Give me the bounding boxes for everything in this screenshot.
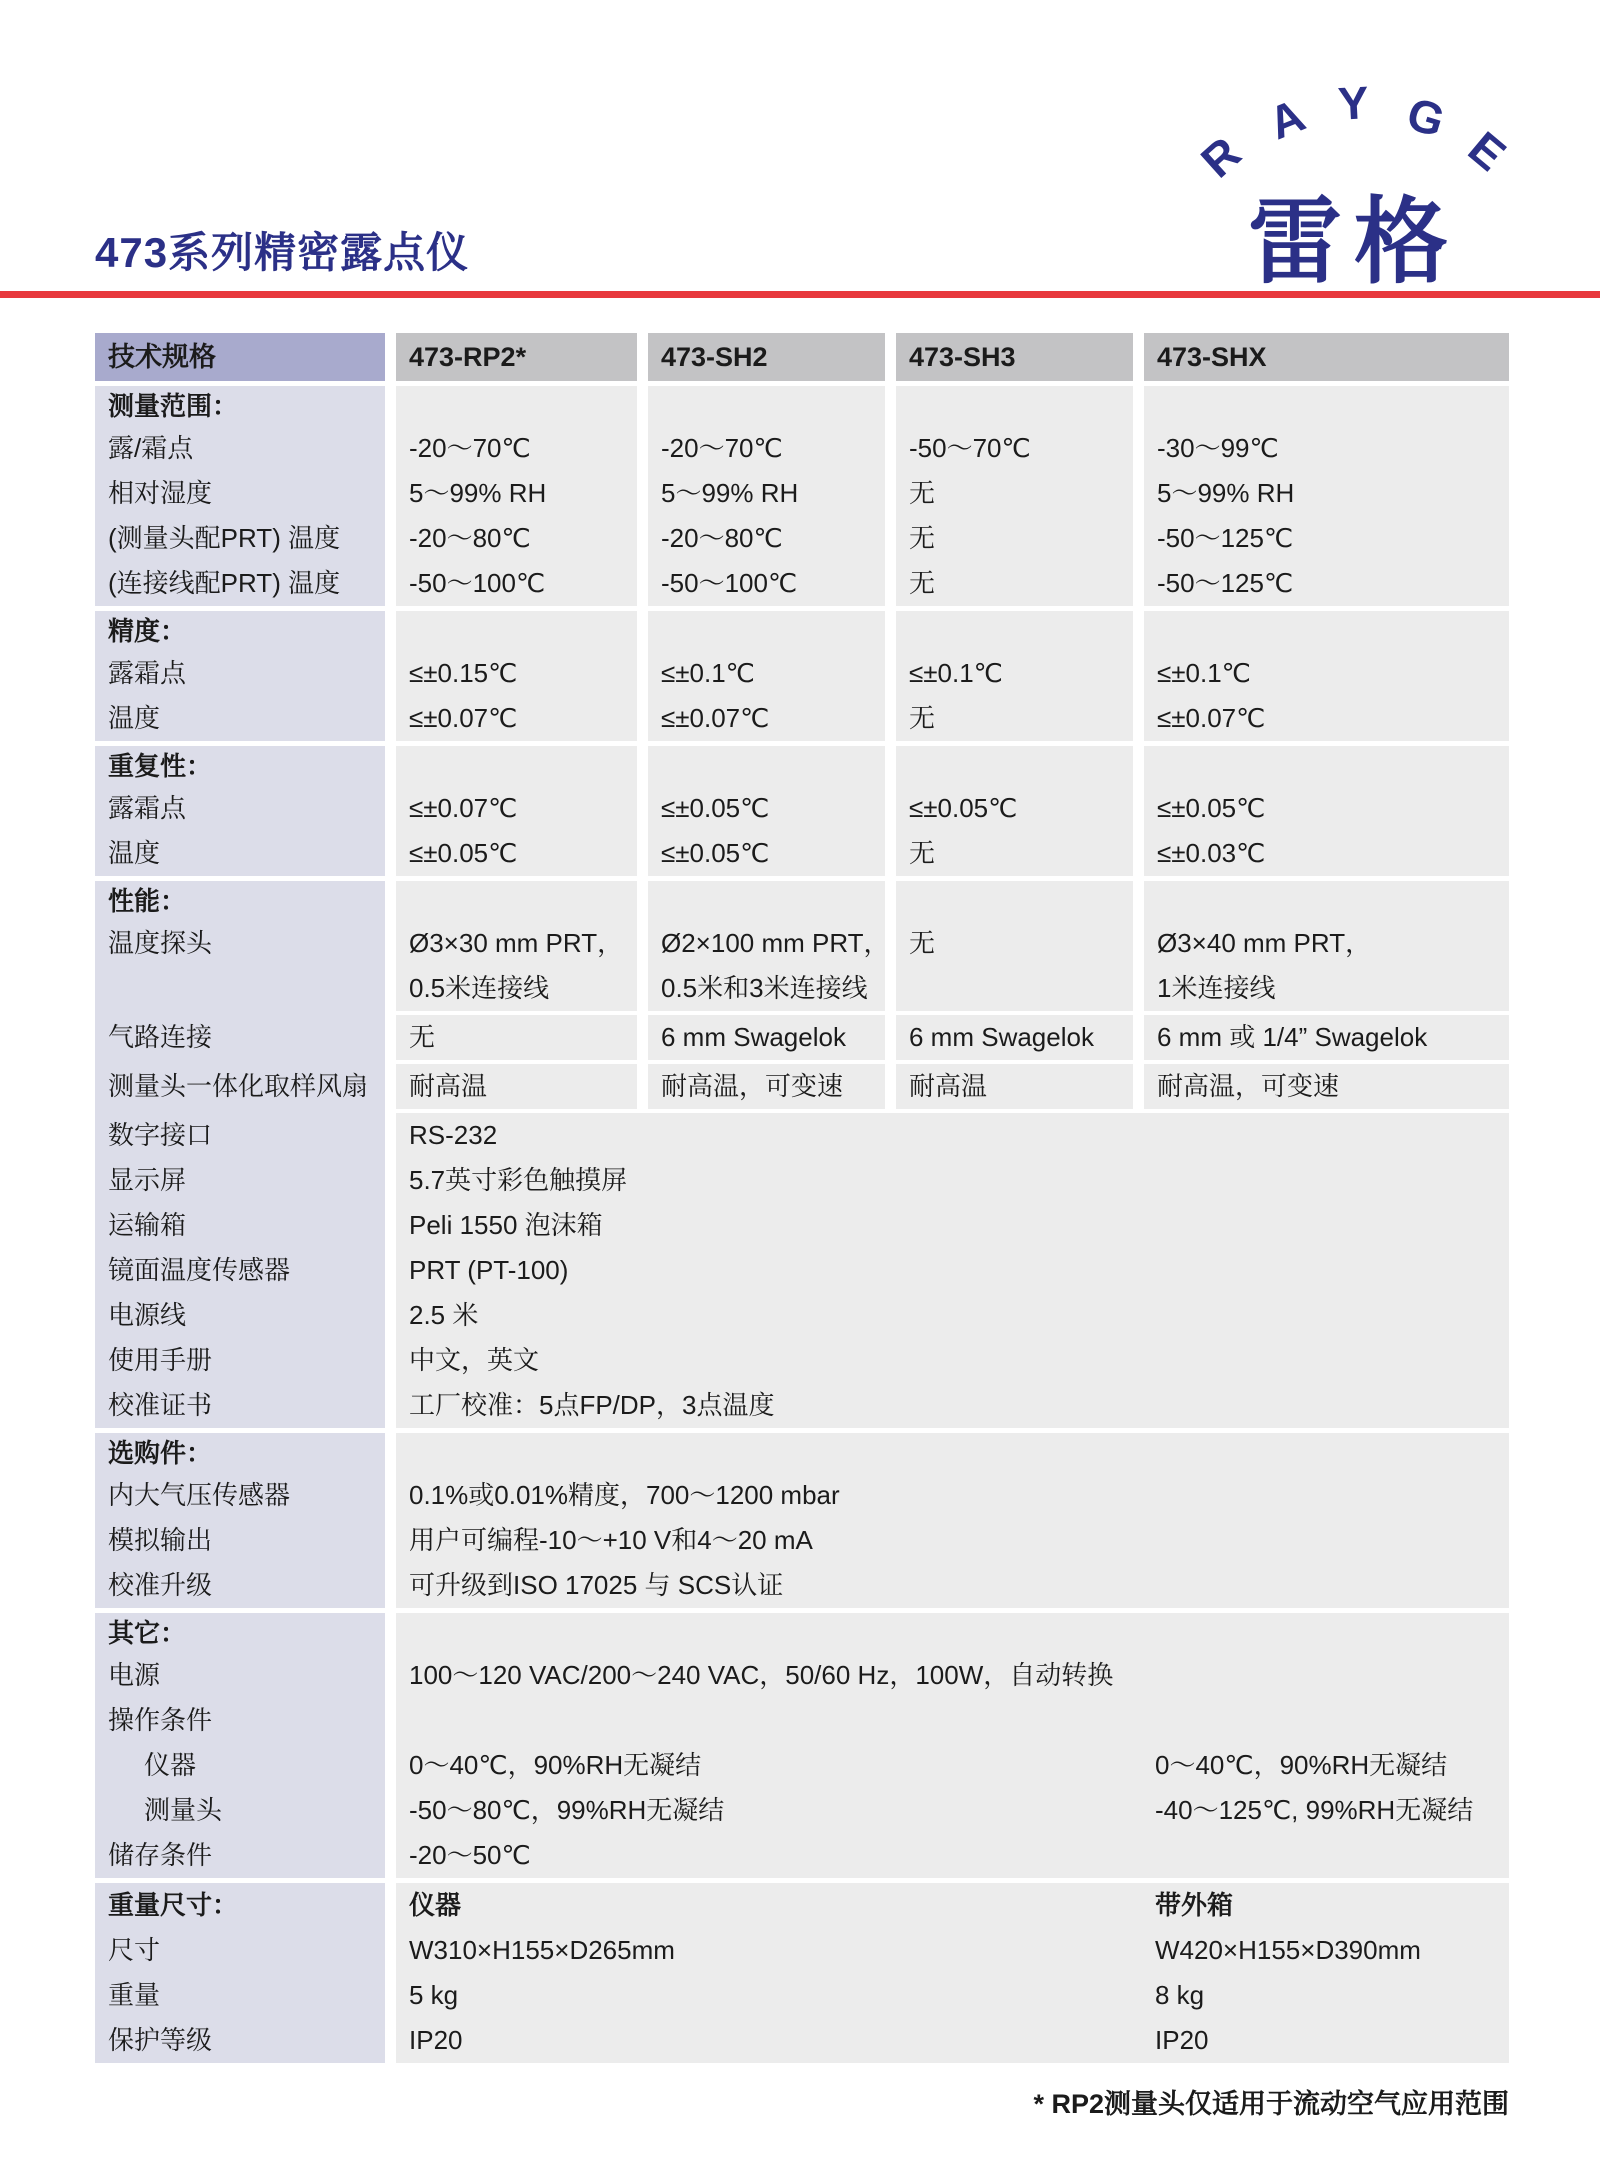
cell: 无 [896,471,1133,516]
section-title: 其它： [95,1613,385,1653]
cell: ≤±0.07℃ [1144,696,1509,741]
fan-row: 耐高温 耐高温，可变速 耐高温 耐高温，可变速 [396,1064,1509,1109]
row-label: 尺寸 [95,1928,385,1973]
cell: -50～125℃ [1144,561,1509,606]
cell-pair: 5 kg 8 kg [396,1973,1509,2018]
data-column-sh2: ≤±0.05℃ ≤±0.05℃ [648,746,885,876]
row-label: 电源线 [95,1293,385,1338]
cell: RS-232 [396,1113,1509,1158]
cell: 中文，英文 [396,1338,1509,1383]
cell: Peli 1550 泡沫箱 [396,1203,1509,1248]
row-label: 重量 [95,1973,385,2018]
label-column: 重复性： 露霜点 温度 [95,746,385,876]
cell: ≤±0.05℃ [896,786,1133,831]
cell: 100～120 VAC/200～240 VAC，50/60 Hz，100W，自动… [396,1653,1509,1698]
row-label: 镜面温度传感器 [95,1248,385,1293]
cell-line: 0.5米和3米连接线 [648,966,885,1011]
label-column: 精度： 露霜点 温度 [95,611,385,741]
cell-line: 0.5米连接线 [396,966,637,1011]
label-column: 选购件： 内大气压传感器 模拟输出 校准升级 [95,1433,385,1608]
header-model-473-shx: 473-SHX [1144,333,1509,381]
cell: -20～80℃ [648,516,885,561]
cell: ≤±0.05℃ [1144,786,1509,831]
cell-line: 1米连接线 [1144,966,1509,1011]
rayge-logo: R A Y G E 雷格 [1200,72,1530,292]
section-accuracy: 精度： 露霜点 温度 ≤±0.15℃ ≤±0.07℃ ≤±0.1℃ ≤±0.07… [95,611,1509,741]
data-column-shx: ≤±0.1℃ ≤±0.07℃ [1144,611,1509,741]
logo-letter: R [1190,126,1251,188]
data-block: 100～120 VAC/200～240 VAC，50/60 Hz，100W，自动… [396,1613,1509,1878]
cell: 6 mm Swagelok [648,1015,885,1060]
cell-line: Ø2×100 mm PRT， [648,921,885,966]
section-title: 测量范围： [95,386,385,426]
table-header-row: 技术规格 473-RP2* 473-SH2 473-SH3 473-SHX [95,333,1509,381]
section-performance: 性能： 温度探头 气路连接 测量头一体化取样风扇 数字接口 显示屏 运输箱 镜面… [95,881,1509,1428]
data-column-shx: ≤±0.05℃ ≤±0.03℃ [1144,746,1509,876]
cell-shx: 0～40℃，90%RH无凝结 [1155,1743,1447,1788]
row-label: 校准证书 [95,1383,385,1428]
data-column-sh3: ≤±0.1℃ 无 [896,611,1133,741]
cell: 工厂校准：5点FP/DP，3点温度 [396,1383,1509,1428]
data-block: 仪器 带外箱 W310×H155×D265mm W420×H155×D390mm… [396,1883,1509,2063]
cell: 5～99% RH [1144,471,1509,516]
row-label: 储存条件 [95,1833,385,1878]
row-label: 校准升级 [95,1563,385,1608]
data-column-rp2: -20～70℃ 5～99% RH -20～80℃ -50～100℃ [396,386,637,606]
subheader-with-case: 带外箱 [1155,1883,1233,1928]
row-label: 内大气压传感器 [95,1473,385,1518]
cell: 6 mm Swagelok [896,1015,1133,1060]
data-column-sh3: ≤±0.05℃ 无 [896,746,1133,876]
logo-letter: Y [1337,75,1370,131]
cell: -50～70℃ [896,426,1133,471]
cell: IP20 [409,2025,463,2055]
cell-line [896,966,1133,1011]
page-title: 473系列精密露点仪 [95,220,469,280]
cell-pair: IP20 IP20 [396,2018,1509,2063]
cell: 无 [396,1015,637,1060]
cell: -50～100℃ [648,561,885,606]
row-label: 相对湿度 [95,471,385,516]
cell: ≤±0.03℃ [1144,831,1509,876]
footnote: * RP2测量头仅适用于流动空气应用范围 [95,2082,1509,2121]
logo-letter: G [1401,86,1451,148]
row-label: 使用手册 [95,1338,385,1383]
cell: -20～70℃ [396,426,637,471]
row-label: 数字接口 [95,1113,385,1158]
cell-probe-shx: Ø3×40 mm PRT， 1米连接线 [1144,881,1509,1011]
cell-shx: 8 kg [1155,1973,1204,2018]
row-label: 仪器 [95,1743,385,1788]
cell: PRT (PT-100) [396,1248,1509,1293]
cell-line: Ø3×30 mm PRT， [396,921,637,966]
cell: 用户可编程-10～+10 V和4～20 mA [396,1518,1509,1563]
data-block: 0.1%或0.01%精度，700～1200 mbar 用户可编程-10～+10 … [396,1433,1509,1608]
data-column-rp2: ≤±0.15℃ ≤±0.07℃ [396,611,637,741]
row-label: 保护等级 [95,2018,385,2063]
shared-values-block: RS-232 5.7英寸彩色触摸屏 Peli 1550 泡沫箱 PRT (PT-… [396,1113,1509,1428]
cell: -50～80℃，99%RH无凝结 [409,1795,724,1825]
row-label: 测量头一体化取样风扇 [95,1064,385,1109]
cell: 耐高温，可变速 [1144,1064,1509,1109]
cell: -30～99℃ [1144,426,1509,471]
subheader-row: 仪器 带外箱 [396,1883,1509,1928]
cell: ≤±0.07℃ [396,786,637,831]
cell: ≤±0.1℃ [648,651,885,696]
section-other: 其它： 电源 操作条件 仪器 测量头 储存条件 100～120 VAC/200～… [95,1613,1509,1878]
cell: ≤±0.07℃ [648,696,885,741]
cell-probe-sh2: Ø2×100 mm PRT， 0.5米和3米连接线 [648,881,885,1011]
section-repeatability: 重复性： 露霜点 温度 ≤±0.07℃ ≤±0.05℃ ≤±0.05℃ ≤±0.… [95,746,1509,876]
cell-line: 无 [896,921,1133,966]
label-column: 测量范围： 露/霜点 相对湿度 (测量头配PRT) 温度 (连接线配PRT) 温… [95,386,385,606]
cell: ≤±0.05℃ [396,831,637,876]
cell: 5 kg [409,1980,458,2010]
cell: -50～100℃ [396,561,637,606]
gas-row: 无 6 mm Swagelok 6 mm Swagelok 6 mm 或 1/4… [396,1015,1509,1060]
cell: 无 [896,561,1133,606]
cell: 5～99% RH [396,471,637,516]
row-label: 测量头 [95,1788,385,1833]
section-title: 性能： [95,881,385,921]
cell: ≤±0.05℃ [648,786,885,831]
section-title: 重量尺寸： [95,1883,385,1928]
label-column: 其它： 电源 操作条件 仪器 测量头 储存条件 [95,1613,385,1878]
cell [396,1698,1509,1743]
cell: 5～99% RH [648,471,885,516]
cell-probe-sh3: 无 [896,881,1133,1011]
header-model-473-sh2: 473-SH2 [648,333,885,381]
section-title: 选购件： [95,1433,385,1473]
cell: 2.5 米 [396,1293,1509,1338]
cell-pair: W310×H155×D265mm W420×H155×D390mm [396,1928,1509,1973]
section-measurement-range: 测量范围： 露/霜点 相对湿度 (测量头配PRT) 温度 (连接线配PRT) 温… [95,386,1509,606]
cell: 无 [896,831,1133,876]
data-column-sh3: -50～70℃ 无 无 无 [896,386,1133,606]
row-label: 操作条件 [95,1698,385,1743]
label-column: 重量尺寸： 尺寸 重量 保护等级 [95,1883,385,2063]
cell-probe-rp2: Ø3×30 mm PRT， 0.5米连接线 [396,881,637,1011]
section-title: 重复性： [95,746,385,786]
cell: 耐高温 [396,1064,637,1109]
logo-chinese-name: 雷格 [1248,166,1460,301]
header-spec: 技术规格 [95,333,385,381]
row-label: (测量头配PRT) 温度 [95,516,385,561]
cell: -50～125℃ [1144,516,1509,561]
data-column-sh2: ≤±0.1℃ ≤±0.07℃ [648,611,885,741]
cell-pair: 0～40℃，90%RH无凝结 0～40℃，90%RH无凝结 [396,1743,1509,1788]
header-model-473-rp2: 473-RP2* [396,333,637,381]
row-label: 运输箱 [95,1203,385,1248]
cell: 耐高温，可变速 [648,1064,885,1109]
cell: -20～70℃ [648,426,885,471]
row-label: 显示屏 [95,1158,385,1203]
row-label: (连接线配PRT) 温度 [95,561,385,606]
cell-shx: IP20 [1155,2018,1209,2063]
section-title: 精度： [95,611,385,651]
cell: 0～40℃，90%RH无凝结 [409,1750,701,1780]
cell: 无 [896,696,1133,741]
cell: ≤±0.15℃ [396,651,637,696]
data-column-shx: -30～99℃ 5～99% RH -50～125℃ -50～125℃ [1144,386,1509,606]
cell: 可升级到ISO 17025 与 SCS认证 [396,1563,1509,1608]
cell: ≤±0.07℃ [396,696,637,741]
data-column-sh2: -20～70℃ 5～99% RH -20～80℃ -50～100℃ [648,386,885,606]
header-model-473-sh3: 473-SH3 [896,333,1133,381]
cell-shx: -40～125℃, 99%RH无凝结 [1155,1788,1473,1833]
row-label: 气路连接 [95,1015,385,1060]
cell: -20～80℃ [396,516,637,561]
cell: ≤±0.05℃ [648,831,885,876]
cell: 0.1%或0.01%精度，700～1200 mbar [396,1473,1509,1518]
performance-data-area: Ø3×30 mm PRT， 0.5米连接线 Ø2×100 mm PRT， 0.5… [396,881,1509,1428]
cell: 5.7英寸彩色触摸屏 [396,1158,1509,1203]
row-label: 电源 [95,1653,385,1698]
row-label: 露/霜点 [95,426,385,471]
row-label: 温度探头 [95,921,385,966]
cell-pair: -50～80℃，99%RH无凝结 -40～125℃, 99%RH无凝结 [396,1788,1509,1833]
cell: W310×H155×D265mm [409,1935,675,1965]
row-label: 温度 [95,696,385,741]
cell: ≤±0.1℃ [896,651,1133,696]
cell: -20～50℃ [396,1833,1509,1878]
section-options: 选购件： 内大气压传感器 模拟输出 校准升级 0.1%或0.01%精度，700～… [95,1433,1509,1608]
logo-letter: A [1261,88,1312,151]
row-label: 露霜点 [95,786,385,831]
cell: ≤±0.1℃ [1144,651,1509,696]
cell: 无 [896,516,1133,561]
subheader-instrument: 仪器 [409,1890,461,1920]
cell: 耐高温 [896,1064,1133,1109]
probe-row: Ø3×30 mm PRT， 0.5米连接线 Ø2×100 mm PRT， 0.5… [396,881,1509,1011]
cell: 6 mm 或 1/4” Swagelok [1144,1015,1509,1060]
row-label: 模拟输出 [95,1518,385,1563]
spec-table: 技术规格 473-RP2* 473-SH2 473-SH3 473-SHX 测量… [95,333,1509,2063]
cell-line: Ø3×40 mm PRT， [1144,921,1509,966]
row-label: 露霜点 [95,651,385,696]
label-column: 性能： 温度探头 气路连接 测量头一体化取样风扇 数字接口 显示屏 运输箱 镜面… [95,881,385,1428]
section-weight-dimensions: 重量尺寸： 尺寸 重量 保护等级 仪器 带外箱 W310×H155×D265mm… [95,1883,1509,2063]
data-column-rp2: ≤±0.07℃ ≤±0.05℃ [396,746,637,876]
logo-letter: E [1458,120,1516,181]
row-label: 温度 [95,831,385,876]
cell-shx: W420×H155×D390mm [1155,1928,1421,1973]
